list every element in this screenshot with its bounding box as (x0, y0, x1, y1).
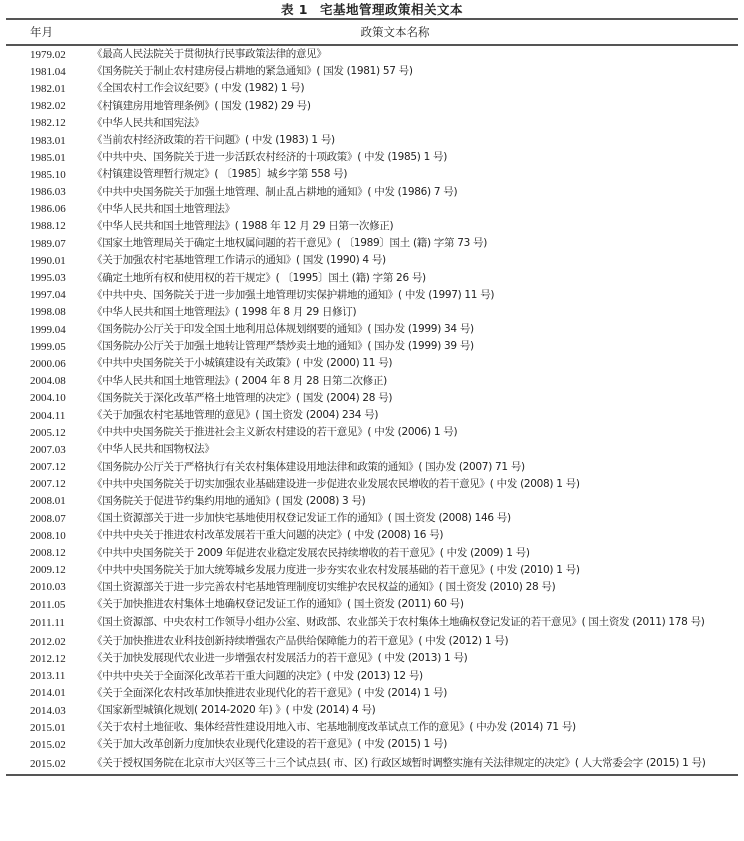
table-row: 1982.12《中华人民共和国宪法》 (6, 115, 738, 132)
row-date: 2008.01 (6, 493, 92, 510)
table-row: 2008.12《中共中央国务院关于 2009 年促进农业稳定发展农民持续增收的若… (6, 544, 738, 561)
table-body: 1979.02《最高人民法院关于贯彻执行民事政策法律的意见》1981.04《国务… (6, 45, 738, 775)
row-policy-title: 《关于加大改革创新力度加快农业现代化建设的若干意见》( 中发 (2015) 1 … (92, 736, 738, 753)
row-date: 2007.03 (6, 441, 92, 458)
table-row: 1989.07《国家土地管理局关于确定土地权属问题的若干意见》( 〔1989〕国… (6, 235, 738, 252)
row-date: 2008.12 (6, 544, 92, 561)
row-date: 2004.08 (6, 373, 92, 390)
table-row: 1995.03《确定土地所有权和使用权的若干规定》( 〔1995〕国土 (籍) … (6, 269, 738, 286)
row-policy-title: 《关于加快推进农业科技创新持续增强农产品供给保障能力的若干意见》( 中发 (20… (92, 633, 738, 650)
row-policy-title: 《国家土地管理局关于确定土地权属问题的若干意见》( 〔1989〕国土 (籍) 字… (92, 235, 738, 252)
row-policy-title: 《国土资源部、中央农村工作领导小组办公室、财政部、农业部关于农村集体土地确权登记… (92, 613, 738, 633)
table-row: 2007.03《中华人民共和国物权法》 (6, 441, 738, 458)
row-policy-title: 《关于授权国务院在北京市大兴区等三十三个试点县( 市、区) 行政区域暂时调整实施… (92, 754, 738, 775)
row-policy-title: 《全国农村工作会议纪要》( 中发 (1982) 1 号) (92, 80, 738, 97)
row-date: 1999.05 (6, 338, 92, 355)
row-date: 1989.07 (6, 235, 92, 252)
table-row: 2011.11《国土资源部、中央农村工作领导小组办公室、财政部、农业部关于农村集… (6, 613, 738, 633)
table-row: 2008.01《国务院关于促进节约集约用地的通知》( 国发 (2008) 3 号… (6, 493, 738, 510)
row-date: 2008.10 (6, 527, 92, 544)
row-policy-title: 《最高人民法院关于贯彻执行民事政策法律的意见》 (92, 45, 738, 63)
row-policy-title: 《关于加快发展现代农业进一步增强农村发展活力的若干意见》( 中发 (2013) … (92, 650, 738, 667)
table-row: 2015.01《关于农村土地征收、集体经营性建设用地入市、宅基地制度改革试点工作… (6, 719, 738, 736)
row-policy-title: 《中共中央国务院关于小城镇建设有关政策》( 中发 (2000) 11 号) (92, 355, 738, 372)
row-policy-title: 《国土资源部关于进一步加快宅基地使用权登记发证工作的通知》( 国土资发 (200… (92, 510, 738, 527)
row-policy-title: 《中共中央、国务院关于进一步加强土地管理切实保护耕地的通知》( 中发 (1997… (92, 287, 738, 304)
row-date: 1998.08 (6, 304, 92, 321)
row-policy-title: 《中共中央关于全面深化改革若干重大问题的决定》( 中发 (2013) 12 号) (92, 668, 738, 685)
table-row: 1982.02《村镇建房用地管理条例》( 国发 (1982) 29 号) (6, 98, 738, 115)
table-header-row: 年月 政策文本名称 (6, 19, 738, 45)
table-row: 2000.06《中共中央国务院关于小城镇建设有关政策》( 中发 (2000) 1… (6, 355, 738, 372)
row-date: 1985.10 (6, 166, 92, 183)
row-date: 1981.04 (6, 63, 92, 80)
row-date: 1982.01 (6, 80, 92, 97)
row-date: 2004.11 (6, 407, 92, 424)
row-policy-title: 《国务院关于深化改革严格土地管理的决定》( 国发 (2004) 28 号) (92, 390, 738, 407)
row-policy-title: 《村镇建设管理暂行规定》( 〔1985〕城乡字第 558 号) (92, 166, 738, 183)
row-policy-title: 《国土资源部关于进一步完善农村宅基地管理制度切实维护农民权益的通知》( 国土资发… (92, 579, 738, 596)
table-row: 1981.04《国务院关于制止农村建房侵占耕地的紧急通知》( 国发 (1981)… (6, 63, 738, 80)
row-policy-title: 《国家新型城镇化规划( 2014-2020 年) 》( 中发 (2014) 4 … (92, 702, 738, 719)
row-policy-title: 《确定土地所有权和使用权的若干规定》( 〔1995〕国土 (籍) 字第 26 号… (92, 269, 738, 286)
row-policy-title: 《中共中央国务院关于切实加强农业基础建设进一步促进农业发展农民增收的若干意见》(… (92, 476, 738, 493)
row-policy-title: 《中华人民共和国土地管理法》( 1998 年 8 月 29 日修订) (92, 304, 738, 321)
table-row: 1983.01《当前农村经济政策的若干问题》( 中发 (1983) 1 号) (6, 132, 738, 149)
row-policy-title: 《关于加快推进农村集体土地确权登记发证工作的通知》( 国土资发 (2011) 6… (92, 596, 738, 613)
table-row: 2014.03《国家新型城镇化规划( 2014-2020 年) 》( 中发 (2… (6, 702, 738, 719)
row-date: 2004.10 (6, 390, 92, 407)
row-date: 2008.07 (6, 510, 92, 527)
row-date: 1986.03 (6, 184, 92, 201)
row-policy-title: 《中华人民共和国物权法》 (92, 441, 738, 458)
row-date: 2012.12 (6, 650, 92, 667)
row-policy-title: 《当前农村经济政策的若干问题》( 中发 (1983) 1 号) (92, 132, 738, 149)
column-header-date: 年月 (6, 19, 92, 45)
table-row: 1998.08《中华人民共和国土地管理法》( 1998 年 8 月 29 日修订… (6, 304, 738, 321)
table-title: 宅基地管理政策相关文本 (320, 2, 463, 17)
row-date: 1999.04 (6, 321, 92, 338)
table-row: 1979.02《最高人民法院关于贯彻执行民事政策法律的意见》 (6, 45, 738, 63)
row-policy-title: 《中共中央国务院关于加强土地管理、制止乱占耕地的通知》( 中发 (1986) 7… (92, 184, 738, 201)
table-row: 2015.02《关于加大改革创新力度加快农业现代化建设的若干意见》( 中发 (2… (6, 736, 738, 753)
row-policy-title: 《中华人民共和国宪法》 (92, 115, 738, 132)
row-date: 2015.01 (6, 719, 92, 736)
row-policy-title: 《中共中央关于推进农村改革发展若干重大问题的决定》( 中发 (2008) 16 … (92, 527, 738, 544)
row-policy-title: 《村镇建房用地管理条例》( 国发 (1982) 29 号) (92, 98, 738, 115)
table-row: 2004.08《中华人民共和国土地管理法》( 2004 年 8 月 28 日第二… (6, 373, 738, 390)
table-row: 1999.05《国务院办公厅关于加强土地转让管理严禁炒卖土地的通知》( 国办发 … (6, 338, 738, 355)
row-policy-title: 《国务院关于促进节约集约用地的通知》( 国发 (2008) 3 号) (92, 493, 738, 510)
table-row: 2005.12《中共中央国务院关于推进社会主义新农村建设的若干意见》( 中发 (… (6, 424, 738, 441)
table-caption: 表 1宅基地管理政策相关文本 (0, 2, 744, 18)
row-policy-title: 《国务院办公厅关于印发全国土地利用总体规划纲要的通知》( 国办发 (1999) … (92, 321, 738, 338)
row-date: 2009.12 (6, 562, 92, 579)
row-policy-title: 《国务院办公厅关于加强土地转让管理严禁炒卖土地的通知》( 国办发 (1999) … (92, 338, 738, 355)
row-date: 2011.11 (6, 613, 92, 633)
table-row: 2008.07《国土资源部关于进一步加快宅基地使用权登记发证工作的通知》( 国土… (6, 510, 738, 527)
table-row: 2004.11《关于加强农村宅基地管理的意见》( 国土资发 (2004) 234… (6, 407, 738, 424)
table-row: 2007.12《国务院办公厅关于严格执行有关农村集体建设用地法律和政策的通知》(… (6, 459, 738, 476)
row-policy-title: 《中华人民共和国土地管理法》 (92, 201, 738, 218)
column-header-policy: 政策文本名称 (92, 19, 738, 45)
row-date: 2015.02 (6, 736, 92, 753)
row-date: 1982.02 (6, 98, 92, 115)
row-date: 2010.03 (6, 579, 92, 596)
row-date: 1985.01 (6, 149, 92, 166)
table-row: 2012.12《关于加快发展现代农业进一步增强农村发展活力的若干意见》( 中发 … (6, 650, 738, 667)
row-policy-title: 《中共中央国务院关于推进社会主义新农村建设的若干意见》( 中发 (2006) 1… (92, 424, 738, 441)
table-row: 2004.10《国务院关于深化改革严格土地管理的决定》( 国发 (2004) 2… (6, 390, 738, 407)
row-policy-title: 《中华人民共和国土地管理法》( 2004 年 8 月 28 日第二次修正) (92, 373, 738, 390)
row-policy-title: 《关于加强农村宅基地管理工作请示的通知》( 国发 (1990) 4 号) (92, 252, 738, 269)
row-policy-title: 《国务院关于制止农村建房侵占耕地的紧急通知》( 国发 (1981) 57 号) (92, 63, 738, 80)
table-row: 2009.12《中共中央国务院关于加大统筹城乡发展力度进一步夯实农业农村发展基础… (6, 562, 738, 579)
row-date: 2000.06 (6, 355, 92, 372)
row-policy-title: 《中华人民共和国土地管理法》( 1988 年 12 月 29 日第一次修正) (92, 218, 738, 235)
row-date: 1988.12 (6, 218, 92, 235)
table-row: 1988.12《中华人民共和国土地管理法》( 1988 年 12 月 29 日第… (6, 218, 738, 235)
row-date: 1982.12 (6, 115, 92, 132)
row-date: 2014.01 (6, 685, 92, 702)
table-row: 1985.10《村镇建设管理暂行规定》( 〔1985〕城乡字第 558 号) (6, 166, 738, 183)
row-date: 2012.02 (6, 633, 92, 650)
table-row: 2007.12《中共中央国务院关于切实加强农业基础建设进一步促进农业发展农民增收… (6, 476, 738, 493)
table-row: 2014.01《关于全面深化农村改革加快推进农业现代化的若干意见》( 中发 (2… (6, 685, 738, 702)
row-date: 1990.01 (6, 252, 92, 269)
row-policy-title: 《中共中央、国务院关于进一步活跃农村经济的十项政策》( 中发 (1985) 1 … (92, 149, 738, 166)
table-row: 2013.11《中共中央关于全面深化改革若干重大问题的决定》( 中发 (2013… (6, 668, 738, 685)
row-policy-title: 《国务院办公厅关于严格执行有关农村集体建设用地法律和政策的通知》( 国办发 (2… (92, 459, 738, 476)
table-row: 2010.03《国土资源部关于进一步完善农村宅基地管理制度切实维护农民权益的通知… (6, 579, 738, 596)
row-policy-title: 《关于加强农村宅基地管理的意见》( 国土资发 (2004) 234 号) (92, 407, 738, 424)
table-row: 2015.02《关于授权国务院在北京市大兴区等三十三个试点县( 市、区) 行政区… (6, 754, 738, 775)
row-date: 2014.03 (6, 702, 92, 719)
table-row: 1997.04《中共中央、国务院关于进一步加强土地管理切实保护耕地的通知》( 中… (6, 287, 738, 304)
row-date: 1983.01 (6, 132, 92, 149)
table-row: 1990.01《关于加强农村宅基地管理工作请示的通知》( 国发 (1990) 4… (6, 252, 738, 269)
row-date: 2007.12 (6, 459, 92, 476)
row-date: 1986.06 (6, 201, 92, 218)
row-date: 1997.04 (6, 287, 92, 304)
row-date: 2013.11 (6, 668, 92, 685)
row-policy-title: 《中共中央国务院关于加大统筹城乡发展力度进一步夯实农业农村发展基础的若干意见》(… (92, 562, 738, 579)
row-date: 1979.02 (6, 45, 92, 63)
row-policy-title: 《关于全面深化农村改革加快推进农业现代化的若干意见》( 中发 (2014) 1 … (92, 685, 738, 702)
table-row: 1986.03《中共中央国务院关于加强土地管理、制止乱占耕地的通知》( 中发 (… (6, 184, 738, 201)
table-row: 1999.04《国务院办公厅关于印发全国土地利用总体规划纲要的通知》( 国办发 … (6, 321, 738, 338)
row-policy-title: 《关于农村土地征收、集体经营性建设用地入市、宅基地制度改革试点工作的意见》( 中… (92, 719, 738, 736)
row-date: 2015.02 (6, 754, 92, 775)
row-date: 2007.12 (6, 476, 92, 493)
row-date: 2011.05 (6, 596, 92, 613)
table-row: 2012.02《关于加快推进农业科技创新持续增强农产品供给保障能力的若干意见》(… (6, 633, 738, 650)
policy-table: 年月 政策文本名称 1979.02《最高人民法院关于贯彻执行民事政策法律的意见》… (6, 18, 738, 776)
row-date: 1995.03 (6, 269, 92, 286)
table-row: 1986.06《中华人民共和国土地管理法》 (6, 201, 738, 218)
row-date: 2005.12 (6, 424, 92, 441)
table-number: 表 1 (281, 2, 308, 17)
row-policy-title: 《中共中央国务院关于 2009 年促进农业稳定发展农民持续增收的若干意见》( 中… (92, 544, 738, 561)
table-row: 2008.10《中共中央关于推进农村改革发展若干重大问题的决定》( 中发 (20… (6, 527, 738, 544)
table-row: 1982.01《全国农村工作会议纪要》( 中发 (1982) 1 号) (6, 80, 738, 97)
table-row: 2011.05《关于加快推进农村集体土地确权登记发证工作的通知》( 国土资发 (… (6, 596, 738, 613)
table-row: 1985.01《中共中央、国务院关于进一步活跃农村经济的十项政策》( 中发 (1… (6, 149, 738, 166)
